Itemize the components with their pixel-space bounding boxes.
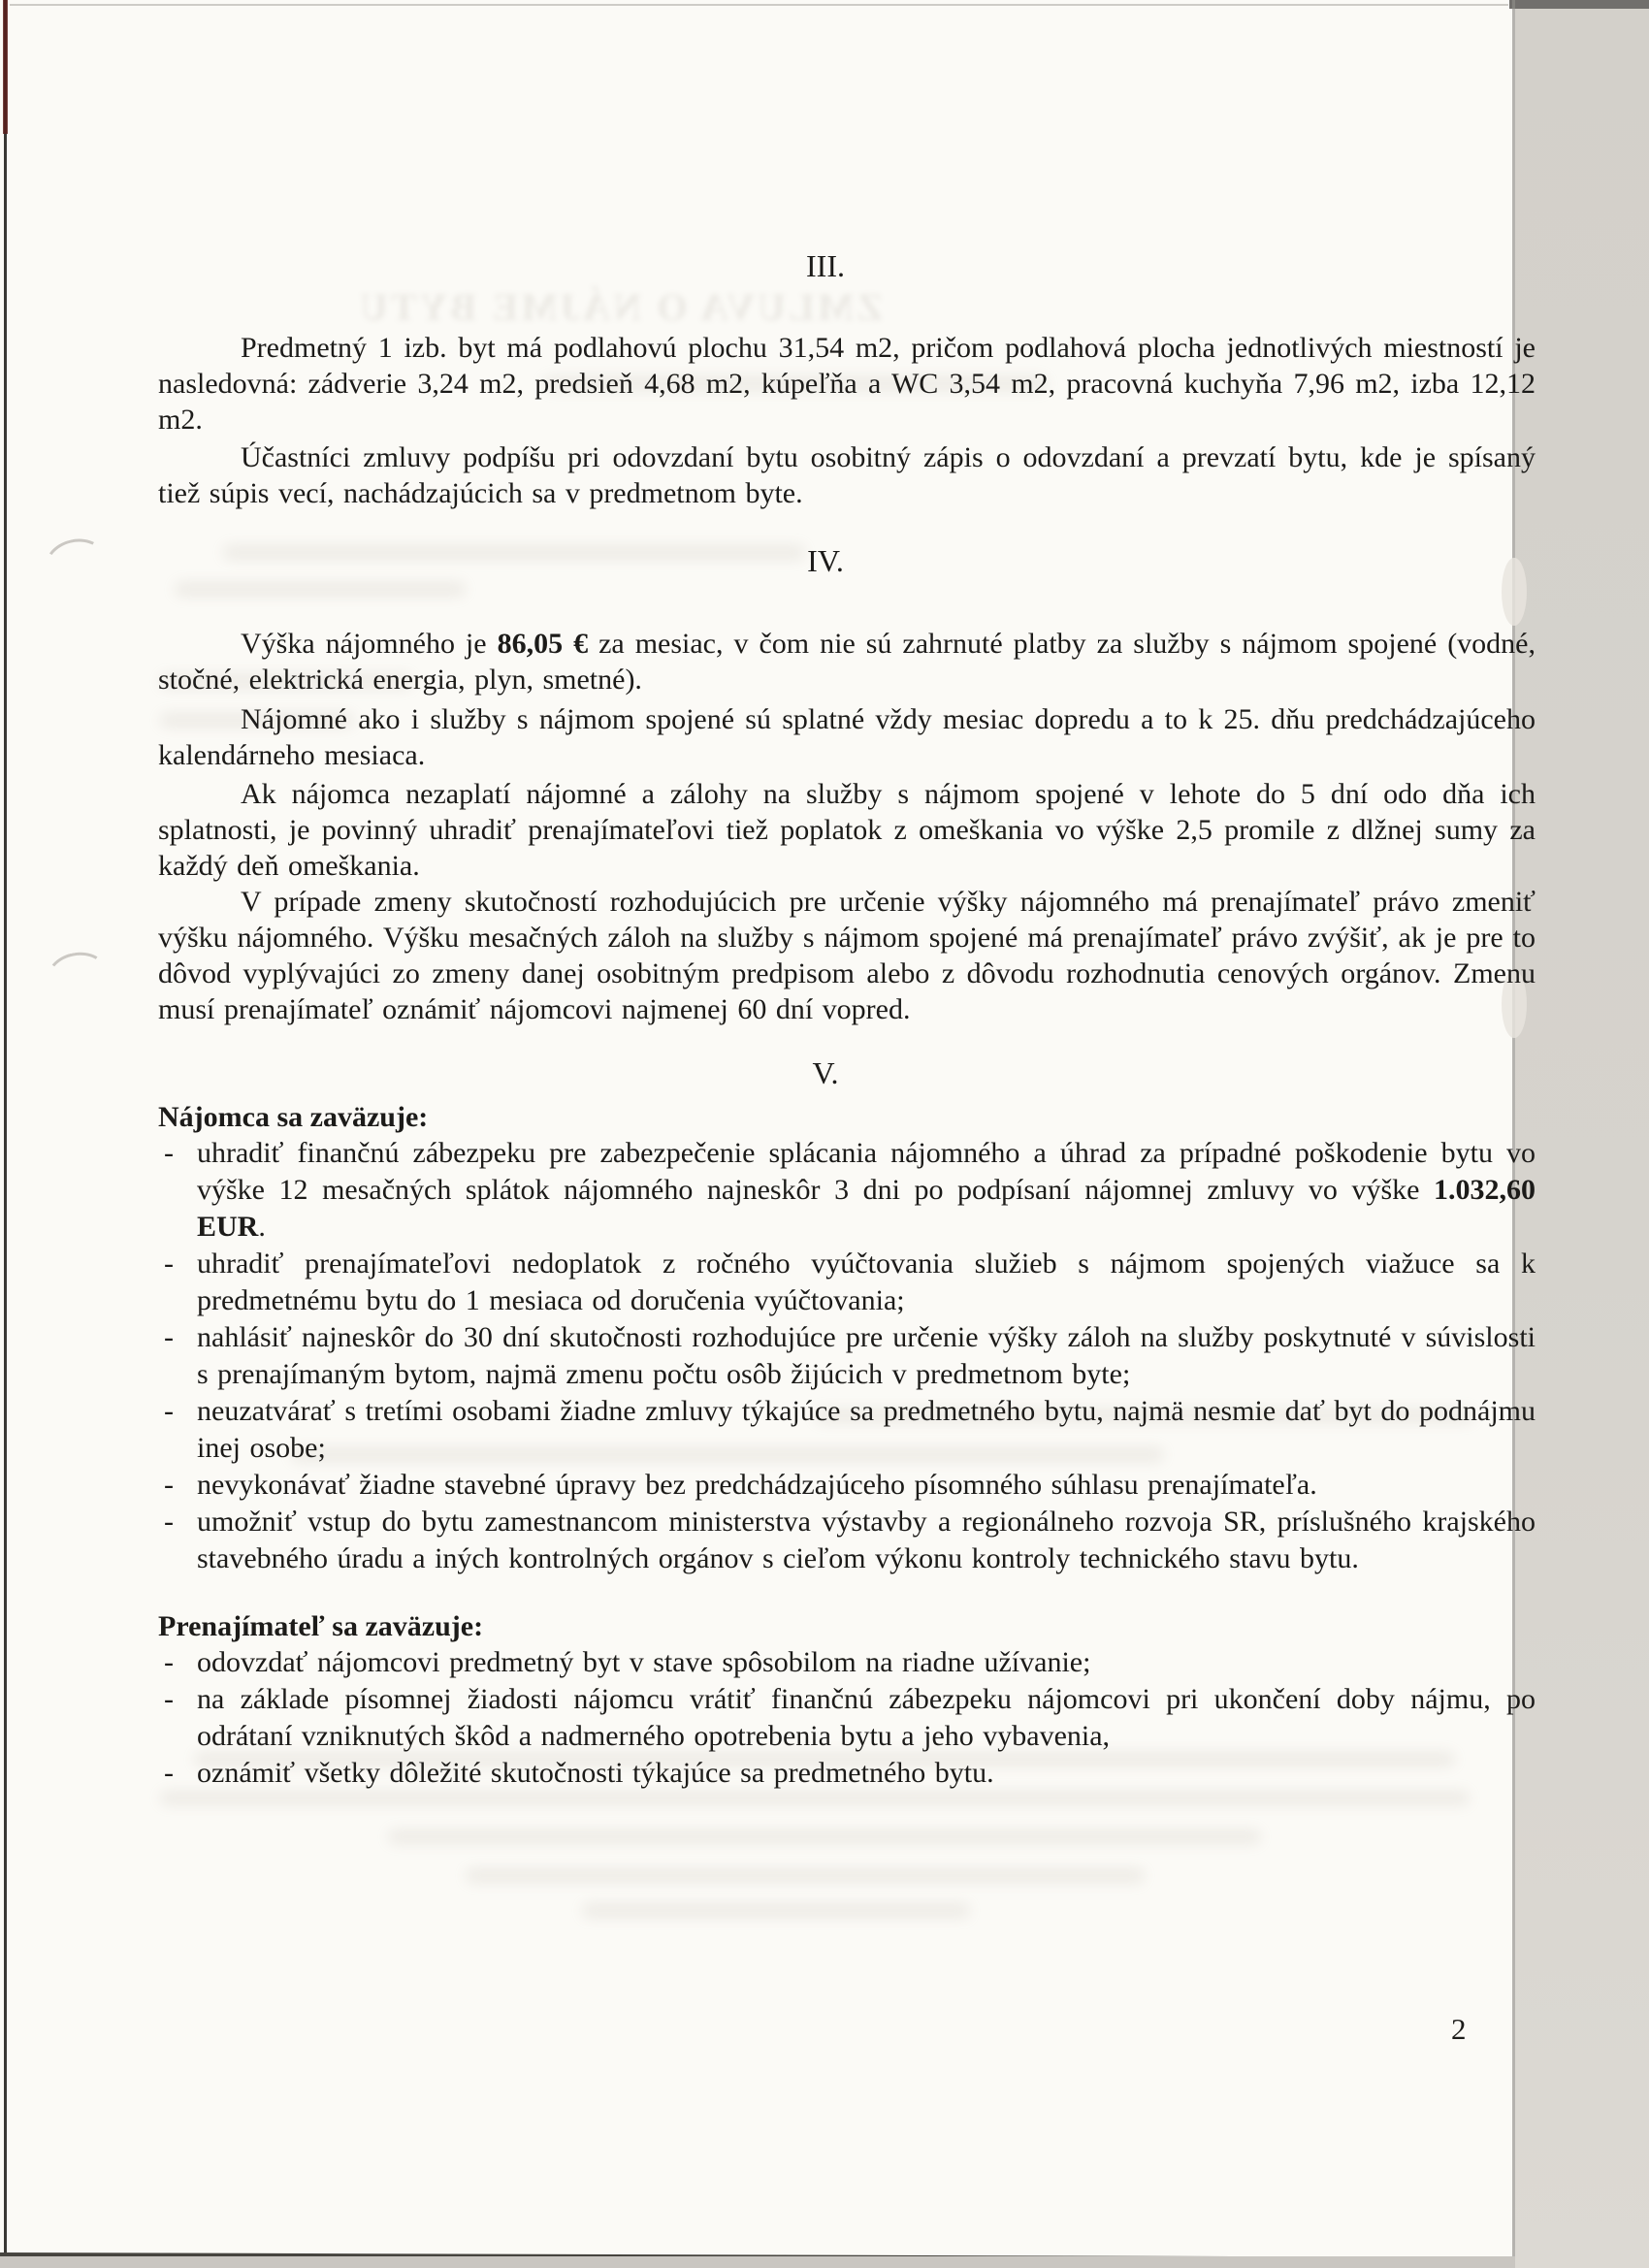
scanner-background-bottom	[0, 2256, 1515, 2268]
paragraph-late-fee: Ak nájomca nezaplatí nájomné a zálohy na…	[158, 776, 1536, 884]
list-item-text: uhradiť prenajímateľovi nedoplatok z roč…	[197, 1247, 1536, 1316]
list-item-return-deposit: -na základe písomnej žiadosti nájomcu vr…	[158, 1681, 1536, 1755]
list-item-text: odovzdať nájomcovi predmetný byt v stave…	[197, 1646, 1090, 1678]
list-item-arrears: -uhradiť prenajímateľovi nedoplatok z ro…	[158, 1246, 1536, 1319]
list-item-allow-inspection: -umožniť vstup do bytu zamestnancom mini…	[158, 1504, 1536, 1577]
bleedthrough-mark	[160, 1791, 1470, 1805]
dash-marker: -	[164, 1755, 174, 1792]
paragraph-rent-change: V prípade zmeny skutočností rozhodujúcic…	[158, 884, 1536, 1027]
punch-hole-mark	[40, 533, 112, 595]
document-body: III. Predmetný 1 izb. byt má podlahovú p…	[158, 0, 1536, 1792]
dash-marker: -	[164, 1319, 174, 1356]
list-item-notify-facts: -oznámiť všetky dôležité skutočnosti týk…	[158, 1755, 1536, 1792]
dash-marker: -	[164, 1644, 174, 1681]
dash-marker: -	[164, 1467, 174, 1504]
paragraph-handover-record: Účastníci zmluvy podpíšu pri odovzdaní b…	[158, 439, 1536, 511]
bleedthrough-mark	[582, 1903, 970, 1918]
rent-amount-value: 86,05 €	[498, 628, 589, 660]
bleedthrough-mark	[466, 1868, 1145, 1883]
tenant-obligations-title: Nájomca sa zaväzuje:	[158, 1099, 1536, 1135]
dash-marker: -	[164, 1246, 174, 1282]
bleedthrough-mark	[388, 1830, 1261, 1844]
section-heading-iii: III.	[137, 248, 1514, 284]
list-item-handover-fit: -odovzdať nájomcovi predmetný byt v stav…	[158, 1644, 1536, 1681]
dash-marker: -	[164, 1135, 174, 1172]
list-item-text: uhradiť finančnú zábezpeku pre zabezpeče…	[197, 1137, 1536, 1206]
list-item-text: umožniť vstup do bytu zamestnancom minis…	[197, 1506, 1536, 1574]
list-item-text: .	[258, 1211, 266, 1243]
landlord-obligations-title: Prenajímateľ sa zaväzuje:	[158, 1608, 1536, 1644]
list-item-no-construction: -nevykonávať žiadne stavebné úpravy bez …	[158, 1467, 1536, 1504]
dash-marker: -	[164, 1681, 174, 1718]
page-number: 2	[1451, 2012, 1467, 2047]
paragraph-payment-due: Nájomné ako i služby s nájmom spojené sú…	[158, 701, 1536, 773]
paragraph-rent-amount: Výška nájomného je 86,05 € za mesiac, v …	[158, 626, 1536, 697]
dash-marker: -	[164, 1393, 174, 1430]
list-item-report-changes: -nahlásiť najneskôr do 30 dní skutočnost…	[158, 1319, 1536, 1393]
list-item-text: neuzatvárať s tretími osobami žiadne zml…	[197, 1395, 1536, 1464]
paragraph-apartment-area: Predmetný 1 izb. byt má podlahovú plochu…	[158, 330, 1536, 437]
list-item-text: oznámiť všetky dôležité skutočnosti týka…	[197, 1757, 994, 1789]
list-item-deposit: -uhradiť finančnú zábezpeku pre zabezpeč…	[158, 1135, 1536, 1246]
list-item-text: na základe písomnej žiadosti nájomcu vrá…	[197, 1683, 1536, 1752]
list-item-no-sublease: -neuzatvárať s tretími osobami žiadne zm…	[158, 1393, 1536, 1467]
dash-marker: -	[164, 1504, 174, 1540]
paper-left-edge-mark	[3, 0, 8, 134]
list-item-text: nevykonávať žiadne stavebné úpravy bez p…	[197, 1469, 1317, 1501]
punch-hole-mark	[43, 948, 113, 1006]
list-item-text: nahlásiť najneskôr do 30 dní skutočnosti…	[197, 1321, 1536, 1390]
section-heading-v: V.	[137, 1055, 1514, 1091]
paper-left-edge	[4, 0, 7, 2268]
section-heading-iv: IV.	[137, 543, 1514, 579]
rent-amount-text: Výška nájomného je	[241, 628, 498, 660]
scanned-contract-page: ZMLUVA O NÁJME BYTU III. Predmetný 1 izb…	[0, 0, 1649, 2268]
